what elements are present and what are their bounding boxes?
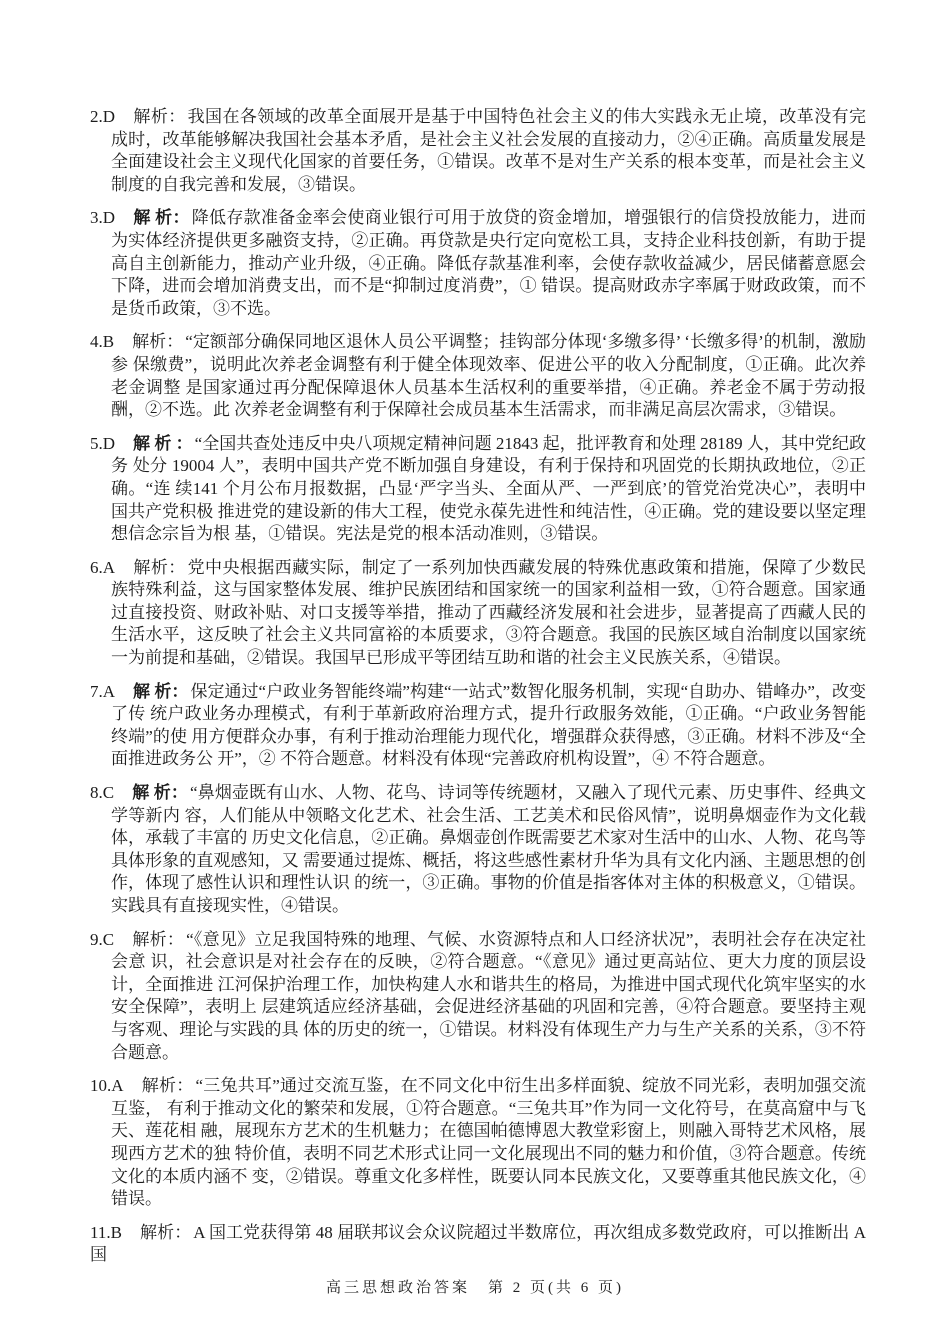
answer-number: 7.A	[90, 682, 115, 701]
analysis-text: 保定通过“户政业务智能终端”构建“一站式”数智化服务机制，实现“自助办、错峰办”…	[111, 682, 866, 769]
analysis-label: 解 析：	[133, 208, 190, 227]
answer-number: 3.D	[90, 208, 115, 227]
analysis-label: 解析：	[132, 930, 184, 949]
analysis-label: 解析：	[142, 1076, 194, 1095]
page-footer: 高三思想政治答案 第 2 页(共 6 页)	[0, 1276, 950, 1297]
answer-item: 9.C解析：“《意见》立足我国特殊的地理、气候、水资源特点和人口经济状况”，表明…	[90, 929, 866, 1065]
answer-number: 9.C	[90, 930, 114, 949]
analysis-text: 党中央根据西藏实际，制定了一系列加快西藏发展的特殊优惠政策和措施，保障了少数民族…	[111, 558, 866, 667]
analysis-label: 解析：	[140, 1223, 191, 1242]
analysis-label: 解析：	[132, 332, 183, 351]
footer-text: 高三思想政治答案 第 2 页(共 6 页)	[326, 1280, 624, 1296]
analysis-label: 解 析：	[133, 682, 188, 701]
analysis-text: “全国共查处违反中央八项规定精神问题 21843 起，批评教育和处理 28189…	[111, 434, 866, 543]
answer-number: 8.C	[90, 783, 114, 802]
answer-item: 7.A解 析：保定通过“户政业务智能终端”构建“一站式”数智化服务机制，实现“自…	[90, 681, 866, 771]
answer-number: 2.D	[90, 107, 115, 126]
answer-item: 6.A解析：党中央根据西藏实际，制定了一系列加快西藏发展的特殊优惠政策和措施，保…	[90, 557, 866, 670]
answer-list: 2.D解析：我国在各领域的改革全面展开是基于中国特色社会主义的伟大实践永无止境，…	[90, 106, 866, 1278]
answer-item: 5.D解 析 ：“全国共查处违反中央八项规定精神问题 21843 起，批评教育和…	[90, 433, 866, 546]
answer-number: 10.A	[90, 1076, 124, 1095]
answer-item: 10.A解析：“三兔共耳”通过交流互鉴，在不同文化中衍生出多样面貌、绽放不同光彩…	[90, 1075, 866, 1211]
answer-item: 3.D解 析：降低存款准备金率会使商业银行可用于放贷的资金增加，增强银行的信贷投…	[90, 207, 866, 320]
analysis-text: 降低存款准备金率会使商业银行可用于放贷的资金增加，增强银行的信贷投放能力，进而为…	[111, 208, 866, 317]
answer-number: 4.B	[90, 332, 114, 351]
analysis-label: 解析：	[133, 558, 186, 577]
analysis-label: 解析：	[133, 107, 186, 126]
answer-item: 11.B解析：A 国工党获得第 48 届联邦议会众议院超过半数席位，再次组成多数…	[90, 1222, 866, 1267]
answer-item: 8.C解 析：“鼻烟壶既有山水、人物、花鸟、诗词等传统题材，又融入了现代元素、历…	[90, 782, 866, 918]
analysis-label: 解 析 ：	[133, 434, 193, 453]
answer-number: 6.A	[90, 558, 115, 577]
analysis-text: “定额部分确保同地区退休人员公平调整；挂钩部分体现‘多缴多得’ ‘长缴多得’的机…	[111, 332, 866, 419]
answer-item: 2.D解析：我国在各领域的改革全面展开是基于中国特色社会主义的伟大实践永无止境，…	[90, 106, 866, 196]
document-page: 2.D解析：我国在各领域的改革全面展开是基于中国特色社会主义的伟大实践永无止境，…	[0, 0, 950, 1344]
analysis-text: 我国在各领域的改革全面展开是基于中国特色社会主义的伟大实践永无止境，改革没有完成…	[111, 107, 866, 194]
analysis-text: “《意见》立足我国特殊的地理、气候、水资源特点和人口经济状况”，表明社会存在决定…	[111, 930, 866, 1062]
analysis-label: 解 析：	[132, 783, 188, 802]
answer-item: 4.B解析：“定额部分确保同地区退休人员公平调整；挂钩部分体现‘多缴多得’ ‘长…	[90, 331, 866, 421]
analysis-text: “三兔共耳”通过交流互鉴，在不同文化中衍生出多样面貌、绽放不同光彩，表明加强交流…	[111, 1076, 866, 1208]
answer-number: 11.B	[90, 1223, 122, 1242]
analysis-text: A 国工党获得第 48 届联邦议会众议院超过半数席位，再次组成多数党政府，可以推…	[90, 1223, 866, 1265]
answer-number: 5.D	[90, 434, 115, 453]
analysis-text: “鼻烟壶既有山水、人物、花鸟、诗词等传统题材，又融入了现代元素、历史事件、经典文…	[111, 783, 866, 915]
